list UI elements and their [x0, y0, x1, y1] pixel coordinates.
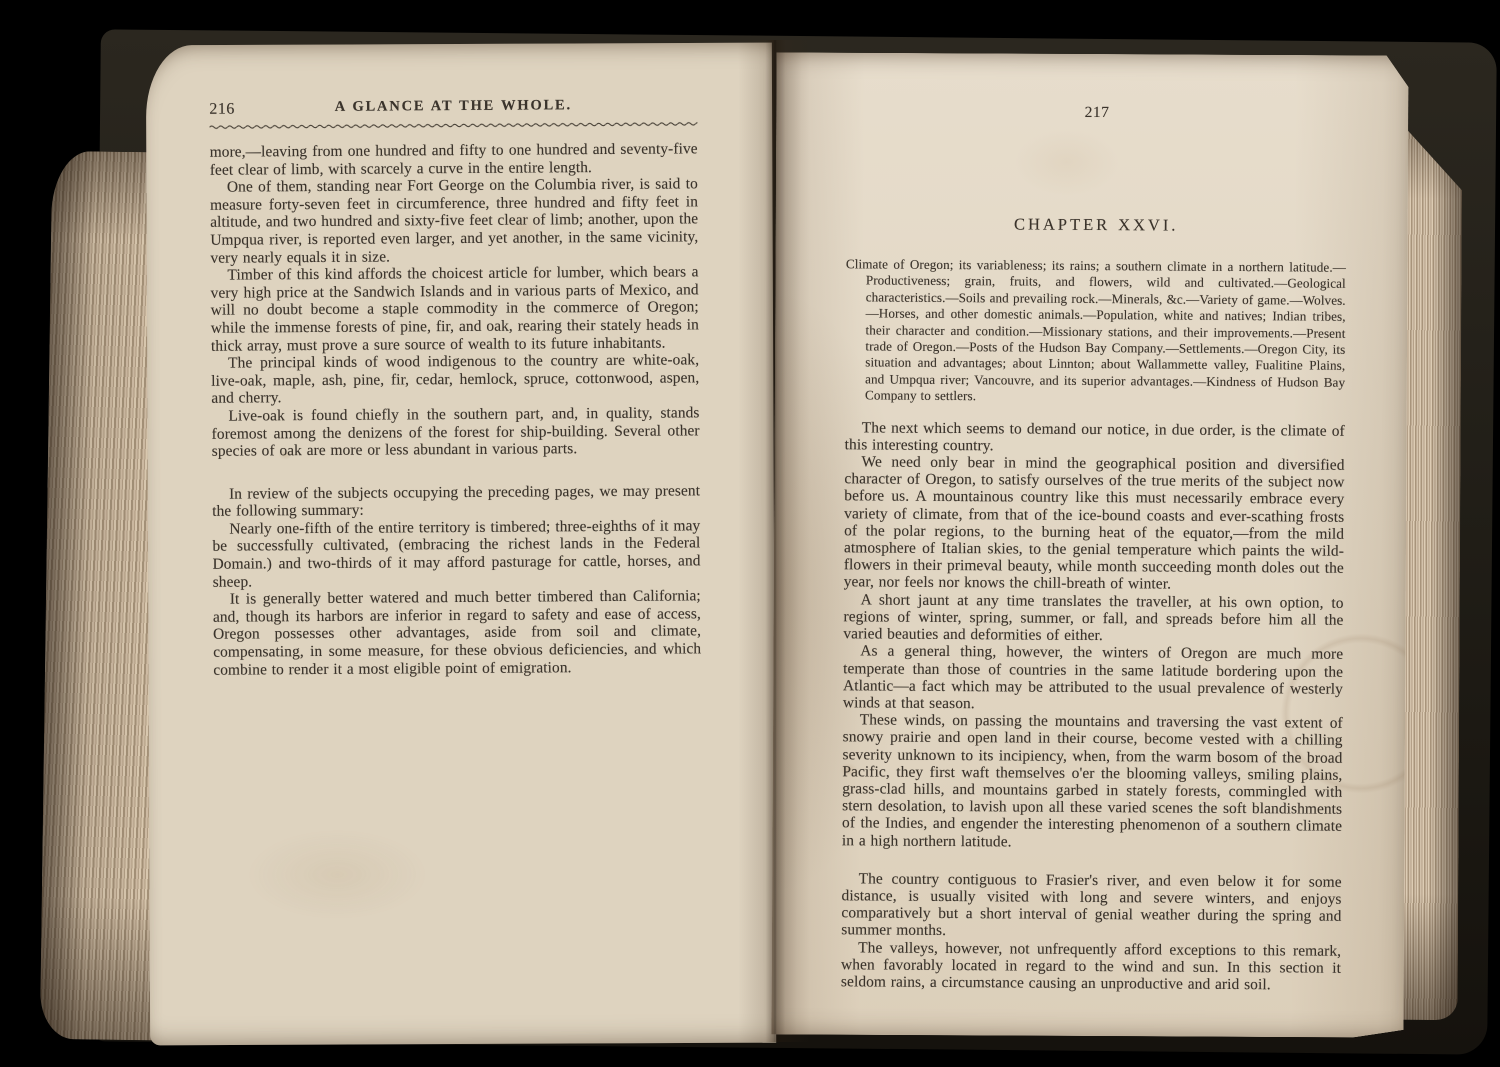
book-photo: 216 A GLANCE AT THE WHOLE. more,—leaving…	[0, 0, 1500, 1067]
paragraph: The principal kinds of wood indigenous t…	[211, 351, 699, 407]
paragraph: Nearly one-fifth of the entire territory…	[212, 517, 700, 591]
left-page-number: 216	[209, 101, 235, 119]
chapter-heading: CHAPTER XXVI.	[846, 213, 1346, 236]
paragraph: more,—leaving from one hundred and fifty…	[210, 140, 698, 179]
right-page-number: 217	[847, 102, 1347, 123]
paragraph: The country contiguous to Frasier's rive…	[841, 870, 1341, 942]
running-head: A GLANCE AT THE WHOLE.	[209, 96, 697, 116]
chapter-synopsis: Climate of Oregon; its variableness; its…	[845, 256, 1346, 407]
paragraph: Timber of this kind affords the choicest…	[210, 263, 699, 354]
paragraph: The next which seems to demand our notic…	[845, 419, 1345, 457]
paragraph: One of them, standing near Fort George o…	[210, 176, 699, 267]
left-page: 216 A GLANCE AT THE WHOLE. more,—leaving…	[146, 43, 776, 1046]
left-page-header: 216 A GLANCE AT THE WHOLE.	[209, 96, 697, 120]
wavy-divider	[209, 120, 697, 130]
paragraph: The valleys, however, not unfrequently a…	[841, 939, 1341, 994]
paragraph: Live-oak is found chiefly in the souther…	[211, 404, 699, 460]
paragraph: These winds, on passing the mountains an…	[842, 711, 1343, 852]
paragraph: As a general thing, however, the winters…	[843, 643, 1343, 715]
paragraph: A short jaunt at any time translates the…	[843, 591, 1343, 646]
right-page-content: 217 CHAPTER XXVI. Climate of Oregon; its…	[841, 102, 1347, 994]
paragraph: In review of the subjects occupying the …	[212, 482, 700, 521]
paragraph: We need only bear in mind the geographic…	[844, 453, 1345, 594]
left-page-body: more,—leaving from one hundred and fifty…	[210, 140, 702, 679]
paragraph: It is generally better watered and much …	[213, 588, 702, 679]
right-page: 217 CHAPTER XXVI. Climate of Oregon; its…	[771, 52, 1408, 1037]
right-page-body: The next which seems to demand our notic…	[841, 419, 1345, 994]
left-page-content: 216 A GLANCE AT THE WHOLE. more,—leaving…	[209, 96, 701, 679]
